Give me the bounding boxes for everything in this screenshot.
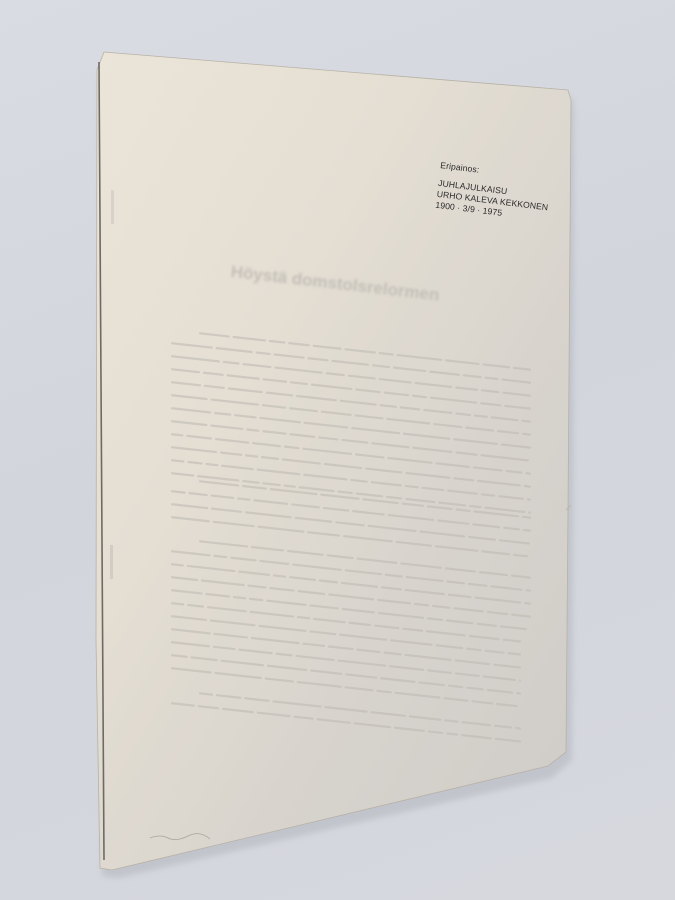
document-sheet <box>0 0 675 900</box>
paper-shape <box>0 0 675 900</box>
